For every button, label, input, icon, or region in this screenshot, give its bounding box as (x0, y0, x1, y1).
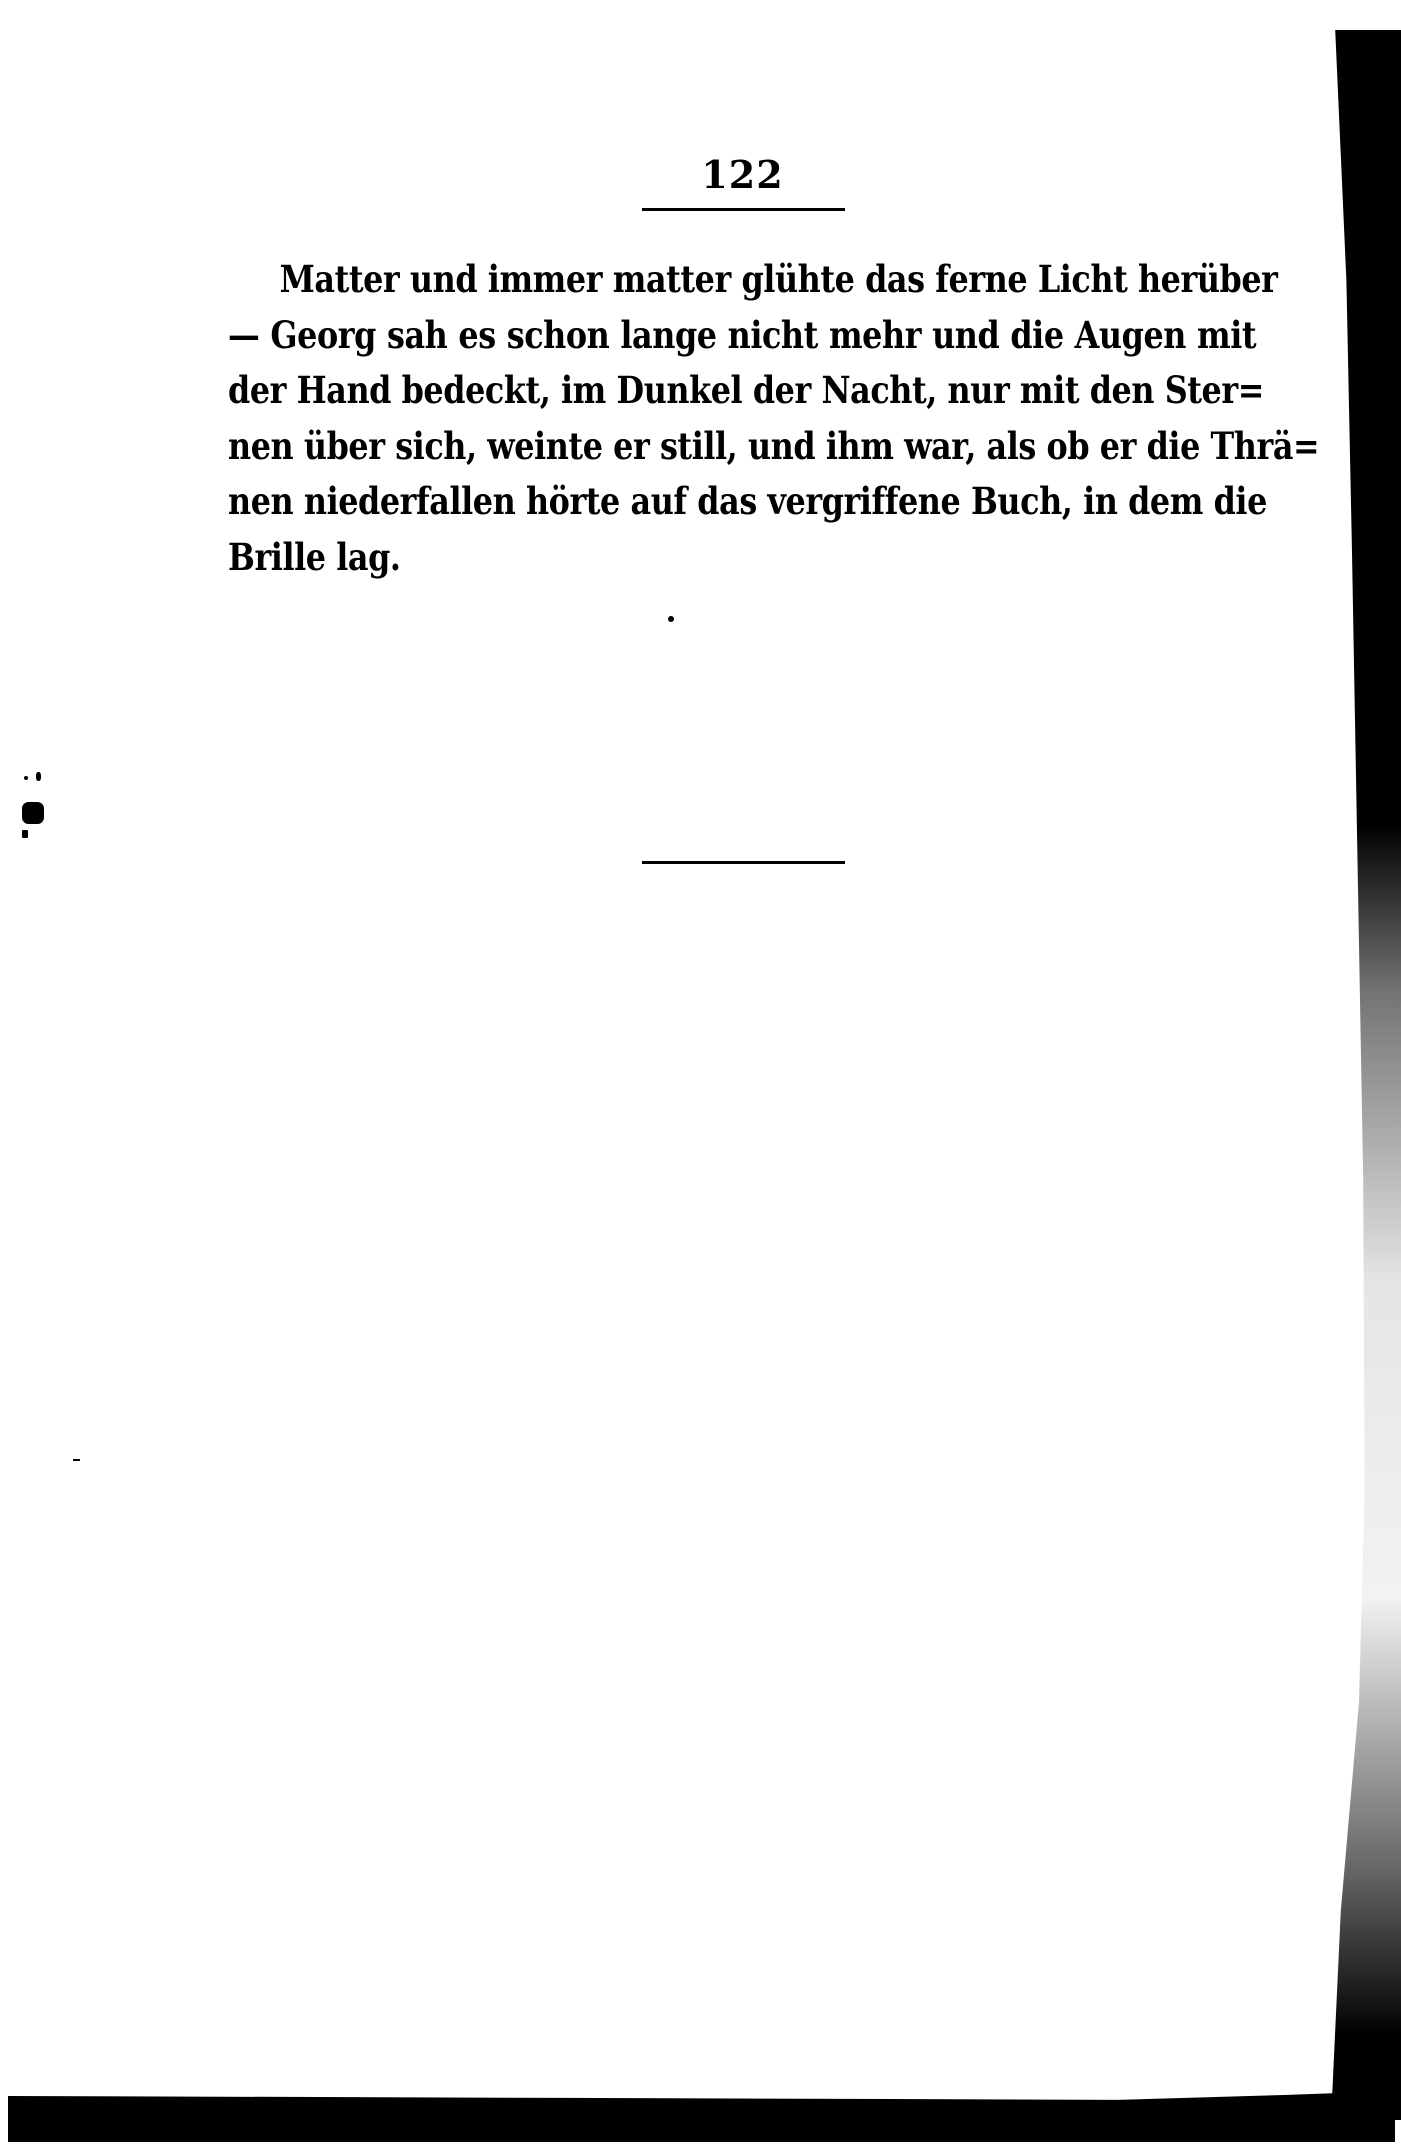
scan-speck (668, 616, 674, 622)
scan-speck (22, 802, 44, 824)
scan-shadow-right-edge (1331, 30, 1401, 2120)
paragraph-line: nen über sich, weinte er still, und ihm … (228, 419, 1256, 475)
paragraph-line: der Hand bedeckt, im Dunkel der Nacht, n… (228, 363, 1256, 419)
paragraph-line: Matter und immer matter glühte das ferne… (228, 252, 1256, 308)
scan-shadow-bottom-edge (8, 2093, 1395, 2142)
page-number: 122 (0, 152, 1401, 197)
paragraph-line: — Georg sah es schon lange nicht mehr un… (228, 308, 1256, 364)
header-rule (642, 208, 845, 211)
scanned-book-page: 122 Matter und immer matter glühte das f… (0, 0, 1401, 2148)
scan-speck (36, 772, 41, 781)
paragraph-line: Brille lag. (228, 530, 1256, 586)
paragraph-line: nen niederfallen hörte auf das vergriffe… (228, 474, 1256, 530)
scan-speck (73, 1459, 80, 1461)
scan-speck (22, 830, 28, 838)
section-end-rule (642, 861, 845, 864)
paragraph: Matter und immer matter glühte das ferne… (228, 252, 1256, 585)
scan-speck (24, 776, 28, 780)
page-number-text: 122 (701, 152, 783, 197)
